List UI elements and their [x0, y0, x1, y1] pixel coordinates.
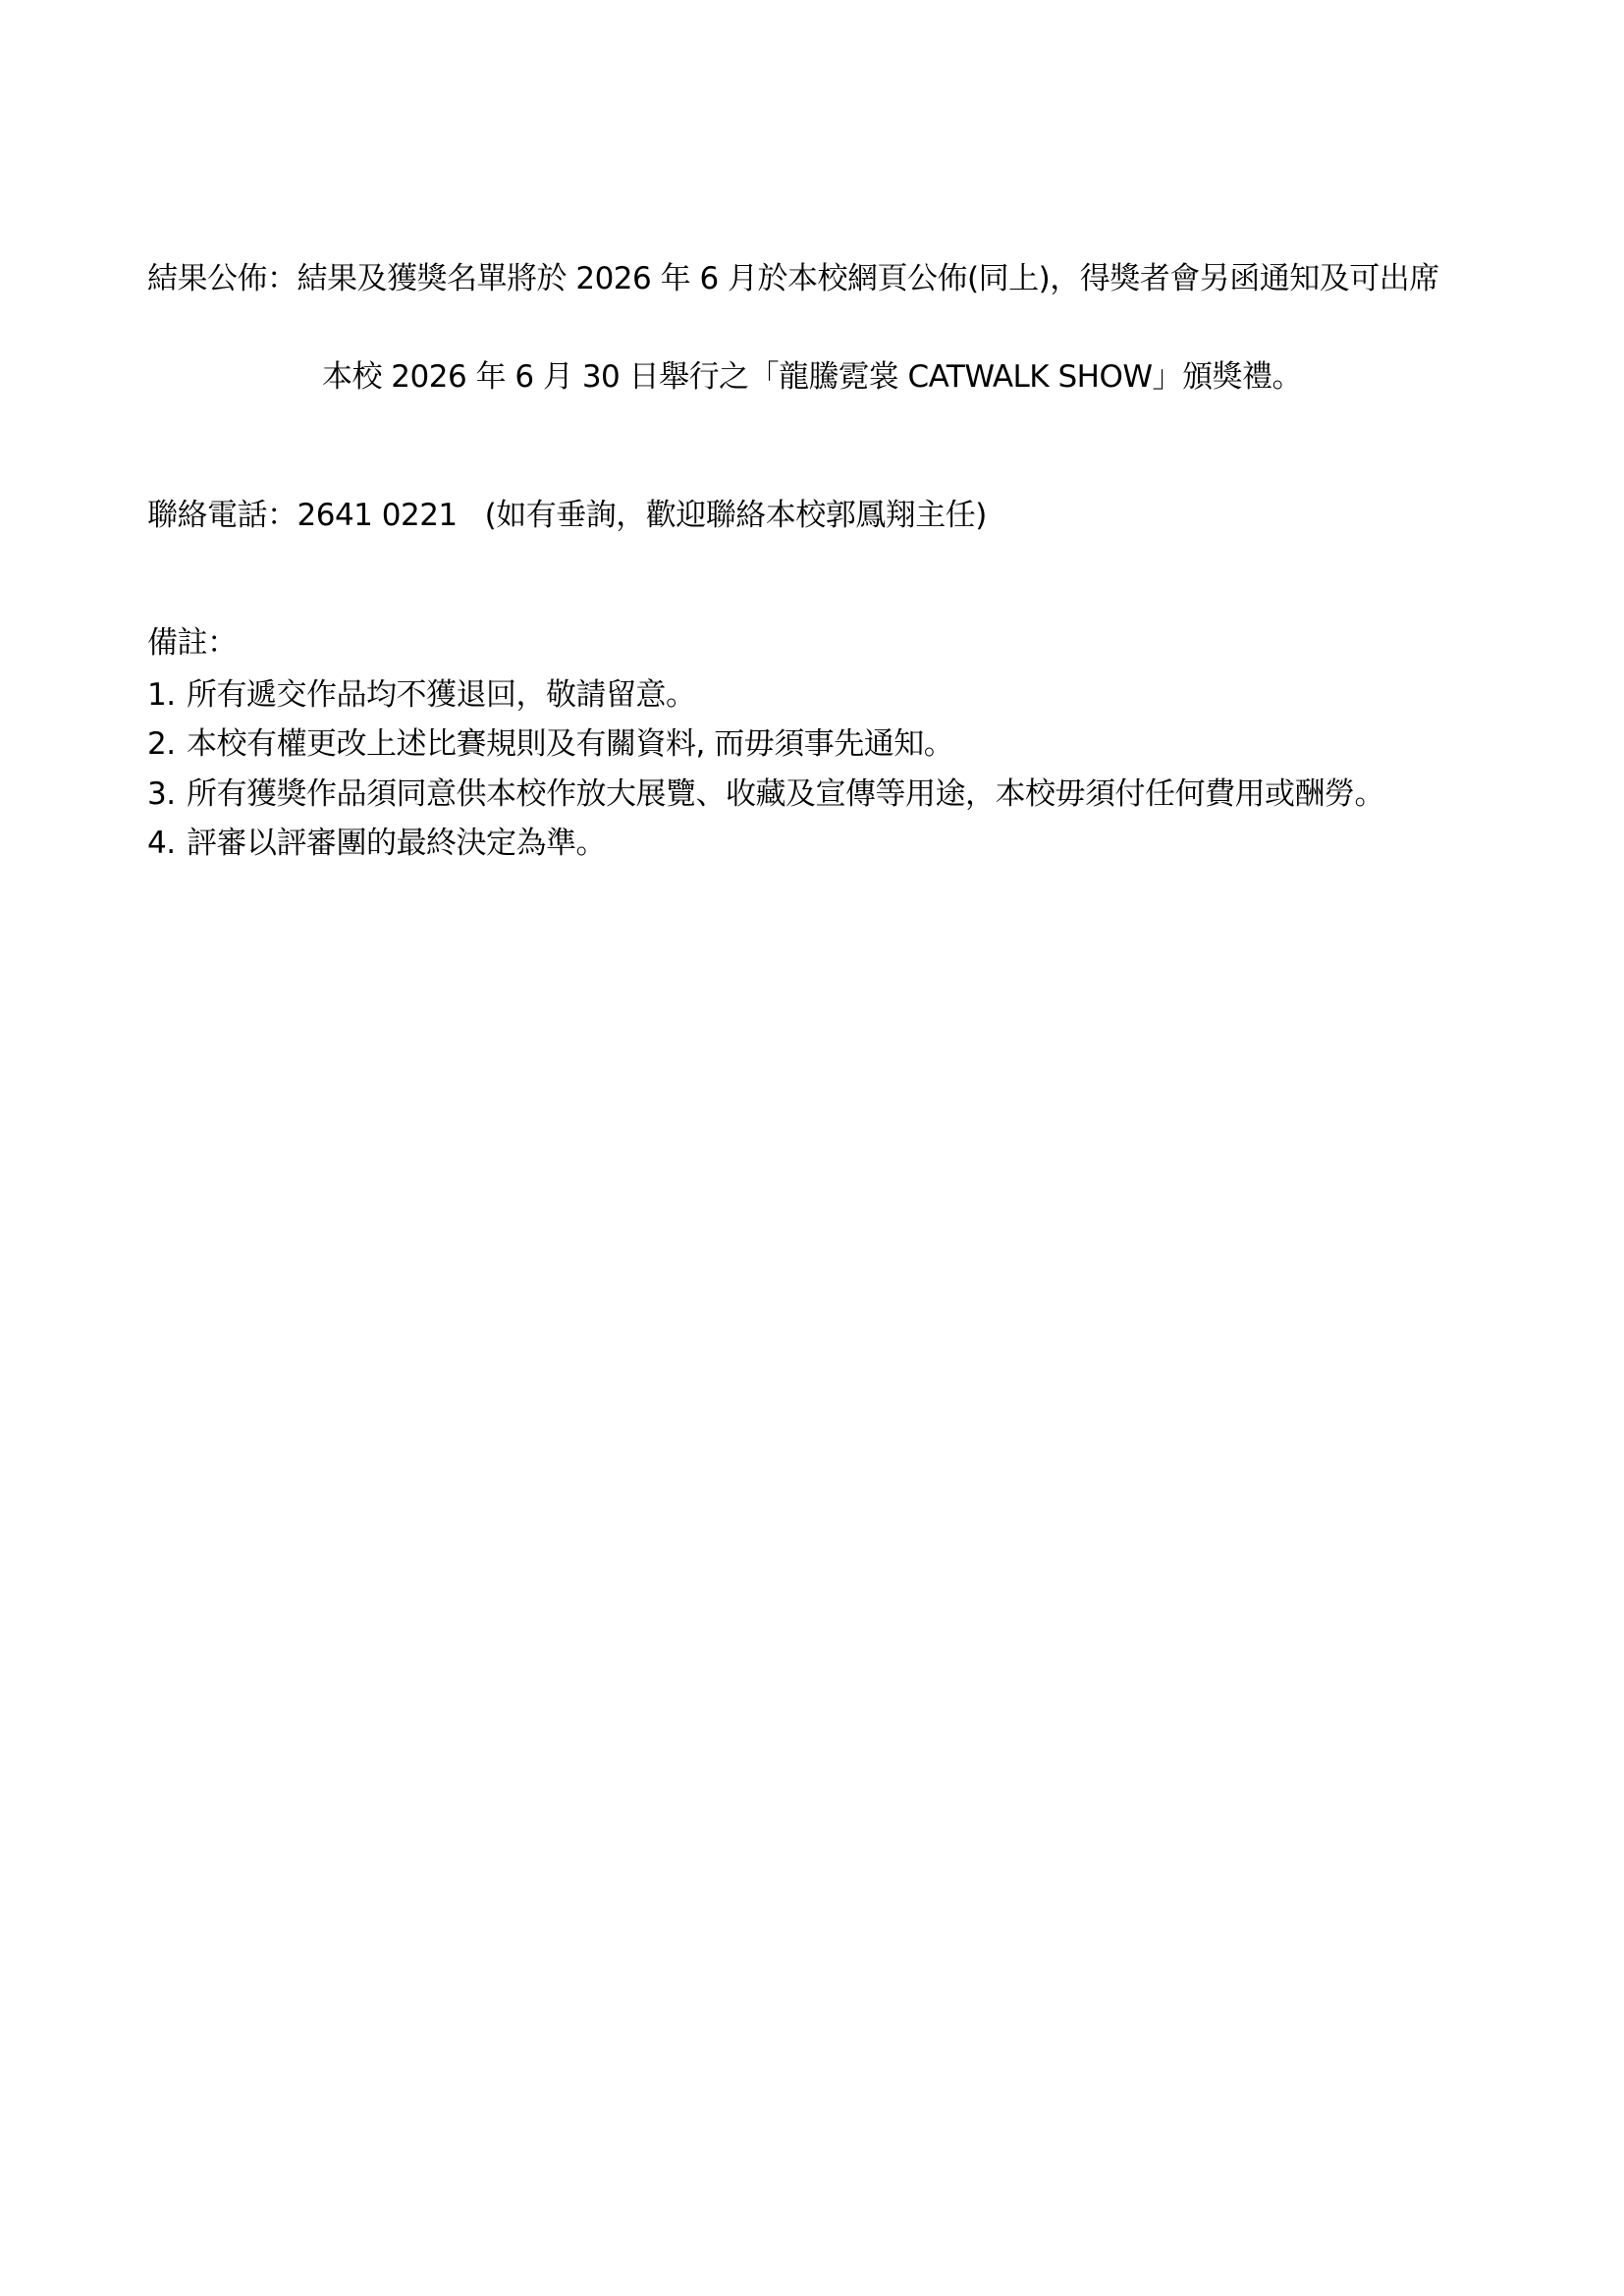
remarks-title: 備註： — [147, 623, 238, 663]
remark-number: 1. — [147, 675, 187, 715]
remark-item: 1.所有遞交作品均不獲退回，敬請留意。 — [147, 675, 696, 715]
announcement-line-2: 本校 2026 年 6 月 30 日舉行之「龍騰霓裳 CATWALK SHOW」… — [0, 357, 1624, 397]
contact-label: 聯絡電話： — [147, 498, 298, 533]
remark-item: 4.評審以評審團的最終決定為準。 — [147, 824, 606, 863]
remark-text: 所有遞交作品均不獲退回，敬請留意。 — [187, 677, 696, 713]
document-page: 結果公佈：結果及獲獎名單將於 2026 年 6 月於本校網頁公佈(同上)，得獎者… — [0, 0, 1624, 2296]
remark-item: 3.所有獲獎作品須同意供本校作放大展覽、收藏及宣傳等用途，本校毋須付任何費用或酬… — [147, 774, 1384, 814]
contact-note: (如有垂詢，歡迎聯絡本校郭鳳翔主任) — [485, 498, 987, 533]
remark-number: 2. — [147, 724, 187, 764]
remark-text: 所有獲獎作品須同意供本校作放大展覽、收藏及宣傳等用途，本校毋須付任何費用或酬勞。 — [187, 776, 1384, 812]
contact-info: 聯絡電話：2641 0221(如有垂詢，歡迎聯絡本校郭鳳翔主任) — [147, 496, 987, 535]
announcement-line-1: 結果公佈：結果及獲獎名單將於 2026 年 6 月於本校網頁公佈(同上)，得獎者… — [147, 259, 1439, 298]
contact-phone: 2641 0221 — [298, 498, 458, 533]
remark-item: 2.本校有權更改上述比賽規則及有關資料, 而毋須事先通知。 — [147, 724, 953, 764]
remark-text: 本校有權更改上述比賽規則及有關資料, 而毋須事先通知。 — [187, 726, 953, 762]
remark-number: 3. — [147, 774, 187, 814]
remark-text: 評審以評審團的最終決定為準。 — [187, 826, 606, 861]
remark-number: 4. — [147, 824, 187, 863]
